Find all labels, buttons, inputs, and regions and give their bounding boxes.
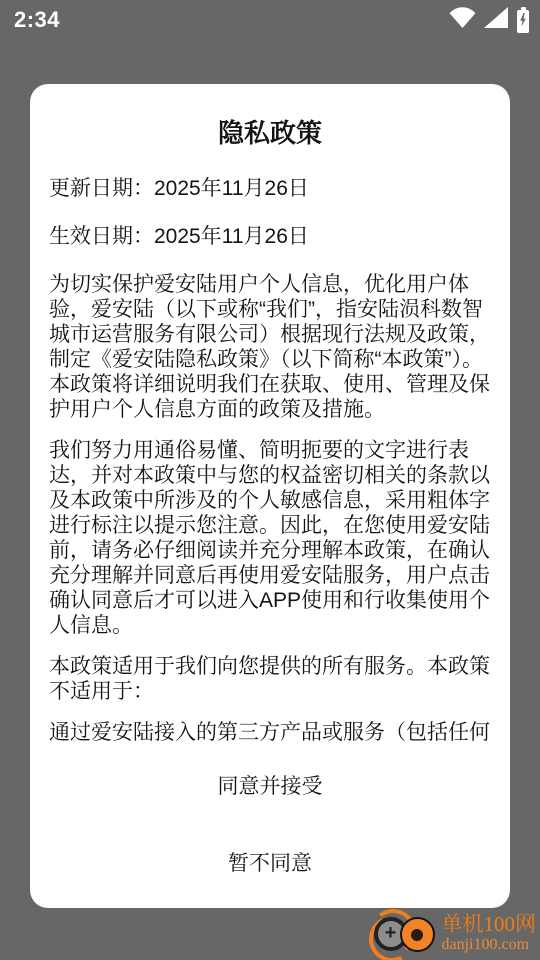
disagree-button[interactable]: 暂不同意 [30,845,510,879]
effective-date-line: 生效日期：2025年11月26日 [49,224,492,249]
watermark-site-url: danji100.com [442,936,537,953]
danji100-watermark: + 单机100网 danji100.com [371,910,537,956]
status-icons [449,7,530,33]
cellular-signal-icon [484,7,508,33]
wifi-icon [449,7,476,33]
watermark-text: 单机100网 danji100.com [442,913,537,953]
watermark-site-name: 单机100网 [442,913,537,936]
policy-paragraph-2: 我们努力用通俗易懂、简明扼要的文字进行表达，并对本政策中与您的权益密切相关的条款… [49,438,492,638]
policy-paragraph-4-clipped: 通过爱安陆接入的第三方产品或服务（包括任何 [49,720,492,742]
logo-orange-disc [400,917,435,952]
status-time: 2:34 [14,7,60,33]
logo-plus-glyph: + [385,923,397,943]
policy-paragraph-3: 本政策适用于我们向您提供的所有服务。本政策不适用于： [49,654,492,704]
battery-charging-icon [516,7,530,33]
status-bar: 2:34 [0,0,540,40]
danji100-logo-icon: + [371,910,437,956]
screen: 2:34 隐私政策 更新日期：20 [0,0,540,960]
policy-paragraph-1: 为切实保护爱安陆用户个人信息，优化用户体验，爱安陆（以下或称“我们”，指安陆涢科… [49,272,492,422]
agree-button[interactable]: 同意并接受 [30,768,510,802]
privacy-policy-dialog: 隐私政策 更新日期：2025年11月26日 生效日期：2025年11月26日 为… [30,84,510,908]
dialog-title: 隐私政策 [30,113,510,150]
policy-text-scroll-area[interactable]: 更新日期：2025年11月26日 生效日期：2025年11月26日 为切实保护爱… [49,176,492,742]
update-date-line: 更新日期：2025年11月26日 [49,176,492,201]
